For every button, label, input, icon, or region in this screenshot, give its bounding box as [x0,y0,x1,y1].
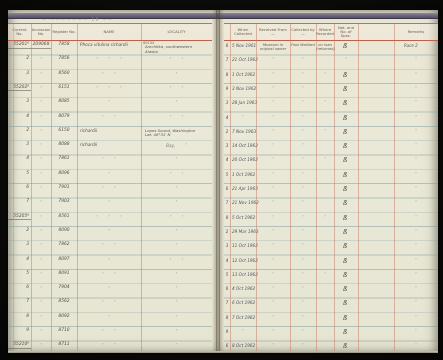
where-recorded: ″ [316,72,334,77]
collected-by: ″ [290,115,316,120]
row-cell: 7858 [51,41,77,55]
row-cell [358,341,394,353]
row-cell: ß [334,227,358,241]
row-cell: ″ [394,327,438,341]
date-collected: 4 Oct 1962 [230,286,256,291]
row-cell: ″ [394,298,438,312]
collected-by: ″ [290,329,316,334]
register-number: 7901 [51,186,77,191]
row-cell: ″ [394,141,438,155]
row-cell: ″ [290,313,316,327]
date-collected: 11 Oct 1962 [230,243,256,248]
row-cell: ″ ″ [77,341,141,353]
row-cell: 7 [8,298,31,312]
row-cell: ß [334,327,358,341]
row-cell [358,270,394,284]
row-cell: ″ ″ ″ [77,84,141,98]
collected-by: ″ [290,300,316,305]
row-cell: ß [334,284,358,298]
page-top-note: —·——————— 19 —— [42,17,113,22]
received-from: ″ [256,215,290,220]
row-cell: ″ ″ [141,113,212,127]
row-cell: ß [334,241,358,255]
row-cell: ″ [394,84,438,98]
row-cell: ″ [290,141,316,155]
row-cell: 8092 [51,313,77,327]
date-collected: 20 Oct 1962 [230,157,256,162]
accession-number: ″ [31,300,51,305]
row-cell: ″ [290,70,316,84]
received-from: ″ [256,272,290,277]
register-number: 8091 [51,272,77,277]
row-cell: ″ [77,284,141,298]
date-collected: 1 Oct 1962 [230,72,256,77]
row-cell: 8090 [51,227,77,241]
date-collected: 7 Oct 1962 [230,315,256,320]
species-name: ″ ″ [77,329,141,334]
date-collected: 12 Oct 1962 [230,258,256,263]
row-cell: Race 2 [394,41,438,55]
row-cell: ″ ″ [77,113,141,127]
specimen-nature-mark: ß [334,229,358,235]
row-cell: 7862 [51,241,77,255]
column-rule [256,23,257,354]
column-header-blank [358,24,394,40]
specimen-nature-mark: ß [334,186,358,192]
row-cell [358,256,394,270]
row-cell: ″ [77,256,141,270]
remarks: ″ [394,200,438,205]
row-cell [316,55,334,69]
received-from: ″ [256,129,290,134]
remarks: ″ [394,157,438,162]
row-cell: ″ [256,198,290,212]
row-cell: ″ [256,170,290,184]
row-cell: 55201⁶ [8,41,31,55]
ledger-row: 3″8088richardiiBay, ″ [8,141,212,155]
row-cell: ″ [316,127,334,141]
gutter-crease [219,10,220,353]
row-cell: ″ [77,198,141,212]
ledger-row: 6″7901″ ″″ [8,184,212,198]
row-cell: ″ [256,256,290,270]
ledger-row: 2″7856″ ″ ″″ ″ [8,55,212,69]
row-cell: ″ [316,98,334,112]
row-cell: 8079 [51,113,77,127]
date-collected: 14 Oct 1962 [230,143,256,148]
locality-line: ″ [141,329,212,334]
ledger-row: 7″7903″″ [8,198,212,212]
collected-by: ″ [290,143,316,148]
specimen-nature-mark: ″ [334,57,358,62]
ledger-row: 4″7861″ ″″ [8,155,212,169]
register-number: 8710 [51,329,77,334]
column-rule [77,23,78,354]
register-number: 8079 [51,115,77,120]
row-cell [358,227,394,241]
locality-line: Alaska [141,50,212,54]
ledger-row: 2″6150richardiiLopez Sound, WashingtonLa… [8,127,212,141]
row-cell: 29 Mar 1963 [230,227,256,241]
row-cell: 5 [8,270,31,284]
row-cell: ″ [256,227,290,241]
locality-line: ″ ″ [141,57,212,62]
row-cell: ″ [394,113,438,127]
specimen-nature-mark: ß [334,115,358,121]
row-cell [358,313,394,327]
row-cell: Paul Maillard [290,41,316,55]
specimen-nature-mark: ß [334,315,358,321]
specimen-nature-mark: ß [334,329,358,335]
register-number: 8561 [51,215,77,220]
column-rule [290,23,291,354]
remarks: ″ [394,143,438,148]
register-number: 8088 [51,143,77,148]
locality-line: ″ ″ [141,258,212,263]
row-cell: ß [334,198,358,212]
received-from: ″ [256,172,290,177]
row-cell: ß [334,213,358,227]
row-cell [316,241,334,255]
column-rule [31,23,32,354]
row-cell: ″ [290,84,316,98]
accession-number: ″ [31,57,51,62]
locality-line: ″ [141,315,212,320]
where-recorded: ″ [316,100,334,105]
row-cell [358,155,394,169]
row-cell: 7901 [51,184,77,198]
row-cell [316,341,334,353]
row-cell: ″ [256,241,290,255]
row-cell: ß [334,256,358,270]
received-from: ″ [256,315,290,320]
row-cell: ″ [290,227,316,241]
received-from: ″ [256,72,290,77]
remarks: ″ [394,215,438,220]
row-cell: Lopez Sound, WashingtonLat. 48°31′ N [141,127,212,141]
catalog-number: 3 [8,72,31,77]
row-cell: 2 [8,127,31,141]
row-cell: 3 [8,241,31,255]
row-cell: 3 [8,98,31,112]
row-cell [358,241,394,255]
specimen-nature-mark: ß [334,72,358,78]
row-cell: 8560 [51,70,77,84]
species-name: ″ [77,229,141,234]
row-cell: ß [334,113,358,127]
row-cell: ß [334,84,358,98]
locality-line: ″ [141,243,212,248]
row-cell: ″ [256,127,290,141]
row-cell: on loan(returned) [316,41,334,55]
row-cell: ″ ″ [77,327,141,341]
row-cell: ″ [394,98,438,112]
catalog-number: 3 [8,143,31,148]
received-from: ″ [256,86,290,91]
row-cell: ß [334,155,358,169]
species-name: ″ ″ [77,72,141,77]
ledger-row: 7″8562″ ″″ [8,298,212,312]
row-cell: ″ [141,313,212,327]
register-number: 7858 [51,43,77,48]
column-rule [334,23,335,354]
collected-by: ″ [290,72,316,77]
ledger-row: 4″8079″ ″″ ″ [8,113,212,127]
ledger-row: 55202⁸″6151″ ″ ″″ ″ [8,84,212,98]
column-rule [230,23,231,354]
column-rule [51,23,52,354]
row-cell: 3 [8,70,31,84]
locality-line: ″ [141,157,212,162]
row-cell [358,127,394,141]
row-cell: ″ [31,313,51,327]
column-header-collected-by: Collected by — [290,24,316,40]
register-number: 8092 [51,315,77,320]
species-name: Phoca vitulina richardii [77,43,141,48]
row-cell: 8088 [51,141,77,155]
row-cell: ß [334,141,358,155]
row-cell: ″ [256,270,290,284]
remarks: ″ [394,229,438,234]
row-cell: 6 [8,184,31,198]
received-from: original owner [256,47,290,51]
locality-line: ″ ″ [141,86,212,91]
locality-line: ″ [141,200,212,205]
row-cell [316,170,334,184]
species-name: ″ ″ [77,300,141,305]
row-cell: ″ [31,170,51,184]
received-from: ″ [256,329,290,334]
catalog-number: 8 [8,315,31,320]
row-cell: 21 Nov 1962 [230,198,256,212]
specimen-nature-mark: ß [334,272,358,278]
catalog-number: 2 [8,129,31,134]
column-header-nature-of-spec: Nat. and No. of Spec. [334,24,358,40]
row-cell: ″ [256,113,290,127]
register-number: 8085 [51,100,77,105]
row-cell: ″ [394,270,438,284]
row-cell: ″ ″ [141,55,212,69]
row-cell [316,313,334,327]
species-name: ″ ″ [77,243,141,248]
row-cell [316,141,334,155]
row-cell: ″ [141,284,212,298]
register-number: 8097 [51,258,77,263]
row-cell: ″ ″ [141,256,212,270]
catalog-number: 55202⁸ [8,86,31,92]
row-cell: ″ [290,98,316,112]
row-cell: 6 Oct 1962 [230,298,256,312]
column-header-locality: LOCALITY [141,24,212,40]
species-name: ″ [77,172,141,177]
collected-by: ″ [290,258,316,263]
date-collected: 3 Nov 1962 [230,86,256,91]
row-cell: ″ [141,198,212,212]
accession-number: ″ [31,200,51,205]
row-cell [316,184,334,198]
register-number: 8711 [51,343,77,348]
ledger-left-page: —·——————— 19 —— Current No.Accession No.… [8,10,212,353]
accession-number: ″ [31,272,51,277]
row-cell: ″ [290,170,316,184]
register-number: 6150 [51,129,77,134]
row-cell: 5 [8,170,31,184]
specimen-nature-mark: ß [334,200,358,206]
collected-by: ″ [290,129,316,134]
date-collected: ″ [230,329,256,334]
remarks: ″ [394,86,438,91]
received-from: ″ [256,143,290,148]
row-cell: ″ ″ [77,298,141,312]
row-cell: ″ [256,155,290,169]
row-cell: 3 Nov 1962 [230,84,256,98]
row-cell: ″ [31,55,51,69]
catalog-number: 6 [8,186,31,191]
collected-by: Paul Maillard [290,43,316,47]
row-cell: ″ [141,227,212,241]
row-cell: 13 Oct 1962 [230,270,256,284]
row-cell: ″ [290,127,316,141]
row-cell: ″ [256,84,290,98]
book-gutter [212,10,224,353]
catalog-number: 4 [8,157,31,162]
row-cell: ″ [290,284,316,298]
row-cell: 8096 [51,170,77,184]
remarks: ″ [394,57,438,62]
locality-line: ″ [141,300,212,305]
register-number: 7904 [51,286,77,291]
accession-number: ″ [31,157,51,162]
catalog-number: 4 [8,258,31,263]
row-cell: ″ [394,213,438,227]
row-cell: ″ [31,270,51,284]
date-collected: 5 Nov 1961 [230,43,256,48]
row-cell: 8 [8,313,31,327]
row-cell: 55205⁶ [8,213,31,227]
row-cell: ″ [334,55,358,69]
date-collected: 1 Oct 1962 [230,172,256,177]
column-rule [316,23,317,354]
column-header-remarks: Remarks [394,24,438,40]
row-cell: 7903 [51,198,77,212]
row-cell [358,327,394,341]
row-cell: ″ [394,341,438,353]
collected-by: ″ [290,286,316,291]
register-number: 7903 [51,200,77,205]
specimen-nature-mark: ß [334,172,358,178]
received-from: ″ [256,343,290,348]
row-cell: ″ [31,84,51,98]
row-cell: ″ [256,284,290,298]
catalog-number: 55205⁶ [8,215,31,221]
row-cell: ″ [290,298,316,312]
locality-line: ″ ″ [141,172,212,177]
row-cell: ß [334,270,358,284]
row-cell: 1 Oct 1962 [230,70,256,84]
row-cell [358,298,394,312]
register-number: 8560 [51,72,77,77]
row-cell: ß [334,341,358,353]
row-cell: ″ [141,98,212,112]
row-cell: ß [334,184,358,198]
row-cell: ″ [256,313,290,327]
row-cell: ″ [394,256,438,270]
locality-line: Lat. 48°31′ N [141,133,212,137]
catalog-number: 3 [8,243,31,248]
catalog-number: 5 [8,172,31,177]
accession-number: ″ [31,129,51,134]
row-cell: 4 [8,256,31,270]
row-cell: ″ ″ [77,70,141,84]
row-cell: ″ [141,155,212,169]
date-collected: 28 Jan 1963 [230,100,256,105]
where-recorded: (returned) [316,47,334,51]
row-cell: ″ [230,327,256,341]
row-cell: ″ [141,298,212,312]
collected-by: ″ [290,272,316,277]
locality-line: ″ [141,343,212,348]
row-cell: ″ [31,155,51,169]
catalog-number: 2 [8,229,31,234]
row-cell [358,184,394,198]
row-cell [316,113,334,127]
register-number: 7856 [51,57,77,62]
row-cell: 7856 [51,55,77,69]
specimen-nature-mark: ß [334,100,358,106]
remarks: ″ [394,315,438,320]
row-cell: 4 [8,113,31,127]
date-collected: 29 Mar 1963 [230,229,256,234]
row-cell: ″ [290,198,316,212]
received-from: ″ [256,57,290,62]
species-name: ″ ″ [77,272,141,277]
collected-by: ″ [290,57,316,62]
left-rows-area: 55201⁶2090687858Phoca vitulina richardii… [8,40,212,353]
species-name: ″ [77,258,141,263]
species-name: ″ ″ [77,186,141,191]
species-name: ″ ″ ″ [77,57,141,62]
column-header-where-recorded: Where Recorded [316,24,334,40]
row-cell: richardii [77,141,141,155]
row-cell [316,227,334,241]
row-cell: ″ [141,341,212,353]
column-header-received-from: Received From — [256,24,290,40]
species-name: richardii [77,143,141,148]
row-cell: ″ ″ [77,270,141,284]
row-cell: 8097 [51,256,77,270]
remarks: ″ [394,286,438,291]
row-cell: ″ [141,270,212,284]
row-cell [358,84,394,98]
row-cell: ″ [77,170,141,184]
specimen-nature-mark: ß [334,157,358,163]
row-cell: 7 [8,198,31,212]
row-cell: ″ [316,213,334,227]
row-cell: ″ [31,227,51,241]
row-cell: ″ [256,298,290,312]
row-cell: ″ [141,184,212,198]
date-collected: 8 Oct 1962 [230,343,256,348]
remarks: ″ [394,300,438,305]
row-cell: ″ [31,198,51,212]
ledger-spread: —·——————— 19 —— Current No.Accession No.… [8,10,438,353]
row-cell: ß [334,127,358,141]
row-cell: ″ [31,141,51,155]
row-cell: 8085 [51,98,77,112]
species-name: ″ ″ [77,157,141,162]
collected-by: ″ [290,186,316,191]
row-cell [316,298,334,312]
